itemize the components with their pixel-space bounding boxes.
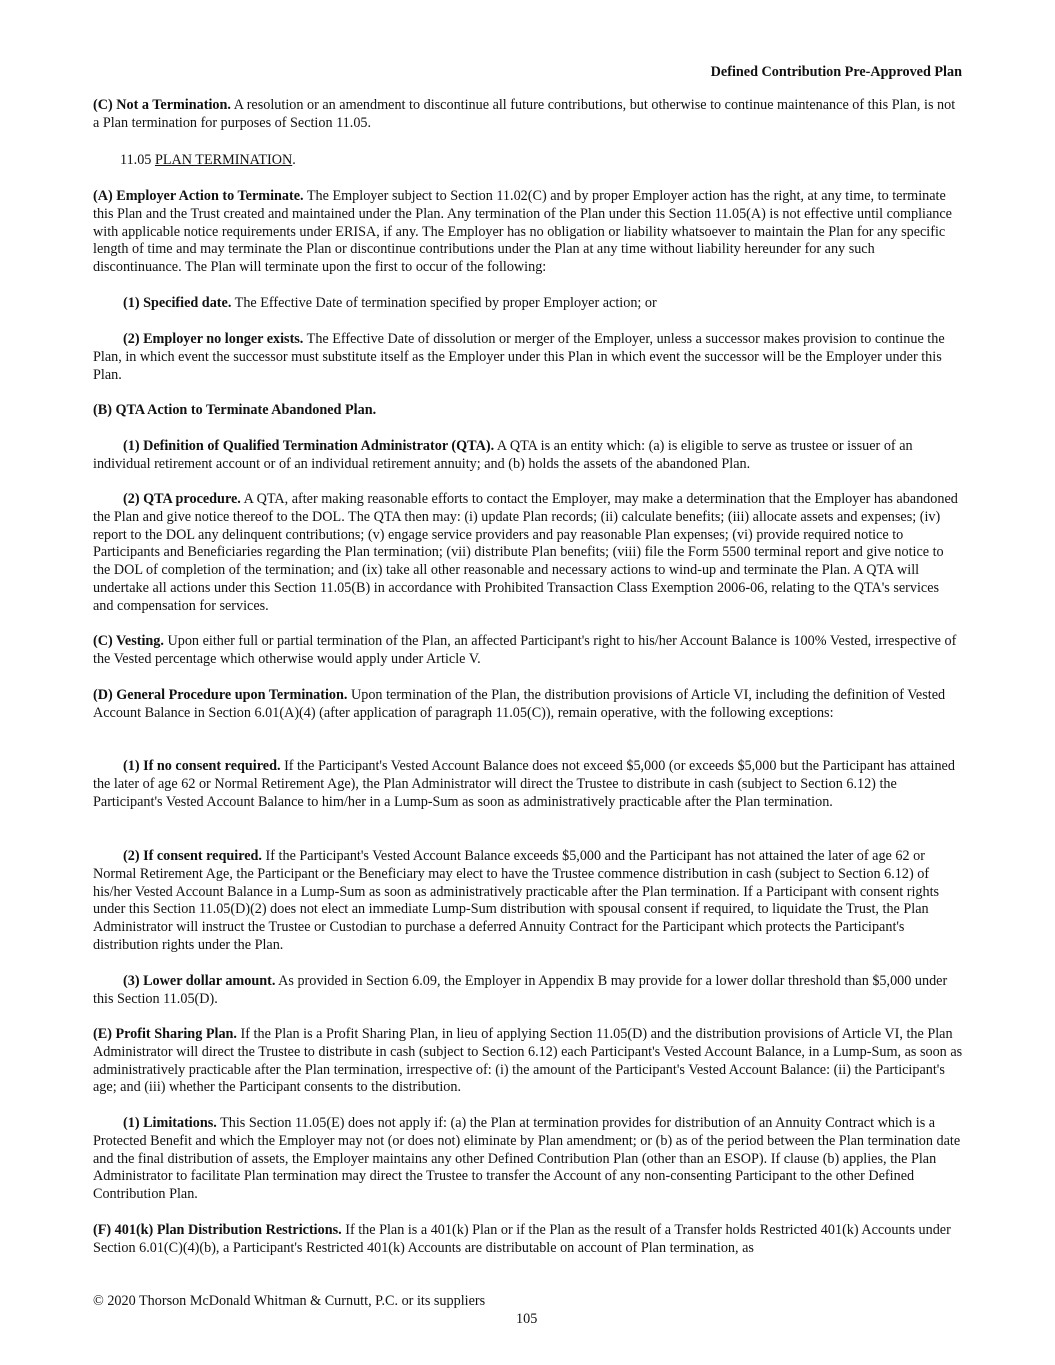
paragraph-label: (E) Profit Sharing Plan.: [93, 1026, 237, 1042]
paragraph-f: (F) 401(k) Plan Distribution Restriction…: [93, 1222, 963, 1258]
paragraph-label: (2) QTA procedure.: [123, 491, 241, 507]
paragraph-c-vesting: (C) Vesting. Upon either full or partial…: [93, 633, 963, 669]
paragraph-label: (F) 401(k) Plan Distribution Restriction…: [93, 1222, 342, 1238]
section-title: PLAN TERMINATION: [155, 152, 292, 168]
paragraph-text: This Section 11.05(E) does not apply if:…: [93, 1115, 960, 1202]
paragraph-b: (B) QTA Action to Terminate Abandoned Pl…: [93, 402, 963, 420]
paragraph-label: (1) If no consent required.: [123, 758, 281, 774]
paragraph-b1: (1) Definition of Qualified Termination …: [93, 438, 963, 474]
section-suffix: .: [292, 152, 296, 168]
paragraph-a: (A) Employer Action to Terminate. The Em…: [93, 188, 963, 277]
paragraph-label: (C) Not a Termination.: [93, 97, 231, 113]
section-heading: 11.05 PLAN TERMINATION.: [93, 152, 296, 170]
paragraph-label: (2) If consent required.: [123, 848, 262, 864]
paragraph-label: (A) Employer Action to Terminate.: [93, 188, 304, 204]
paragraph-b2: (2) QTA procedure. A QTA, after making r…: [93, 491, 963, 616]
paragraph-label: (2) Employer no longer exists.: [123, 331, 303, 347]
paragraph-label: (3) Lower dollar amount.: [123, 973, 275, 989]
paragraph-label: (1) Limitations.: [123, 1115, 217, 1131]
paragraph-label: (B) QTA Action to Terminate Abandoned Pl…: [93, 402, 376, 418]
running-header: Defined Contribution Pre-Approved Plan: [711, 64, 962, 82]
paragraph-d1: (1) If no consent required. If the Parti…: [93, 758, 963, 811]
paragraph-label: (C) Vesting.: [93, 633, 164, 649]
page-number: 105: [516, 1311, 537, 1329]
paragraph-text: Upon either full or partial termination …: [93, 633, 956, 667]
footer-copyright: © 2020 Thorson McDonald Whitman & Curnut…: [93, 1293, 485, 1311]
paragraph-a2: (2) Employer no longer exists. The Effec…: [93, 331, 963, 384]
paragraph-d: (D) General Procedure upon Termination. …: [93, 687, 963, 723]
paragraph-text: A QTA, after making reasonable efforts t…: [93, 491, 958, 614]
paragraph-d3: (3) Lower dollar amount. As provided in …: [93, 973, 963, 1009]
section-number: 11.05: [120, 152, 155, 168]
paragraph-label: (1) Definition of Qualified Termination …: [123, 438, 494, 454]
paragraph-text: The Effective Date of termination specif…: [231, 295, 656, 311]
paragraph-label: (D) General Procedure upon Termination.: [93, 687, 347, 703]
paragraph-e: (E) Profit Sharing Plan. If the Plan is …: [93, 1026, 963, 1097]
paragraph-c-not-termination: (C) Not a Termination. A resolution or a…: [93, 97, 963, 133]
paragraph-a1: (1) Specified date. The Effective Date o…: [93, 295, 963, 313]
paragraph-e1: (1) Limitations. This Section 11.05(E) d…: [93, 1115, 963, 1204]
paragraph-label: (1) Specified date.: [123, 295, 231, 311]
paragraph-d2: (2) If consent required. If the Particip…: [93, 848, 963, 955]
